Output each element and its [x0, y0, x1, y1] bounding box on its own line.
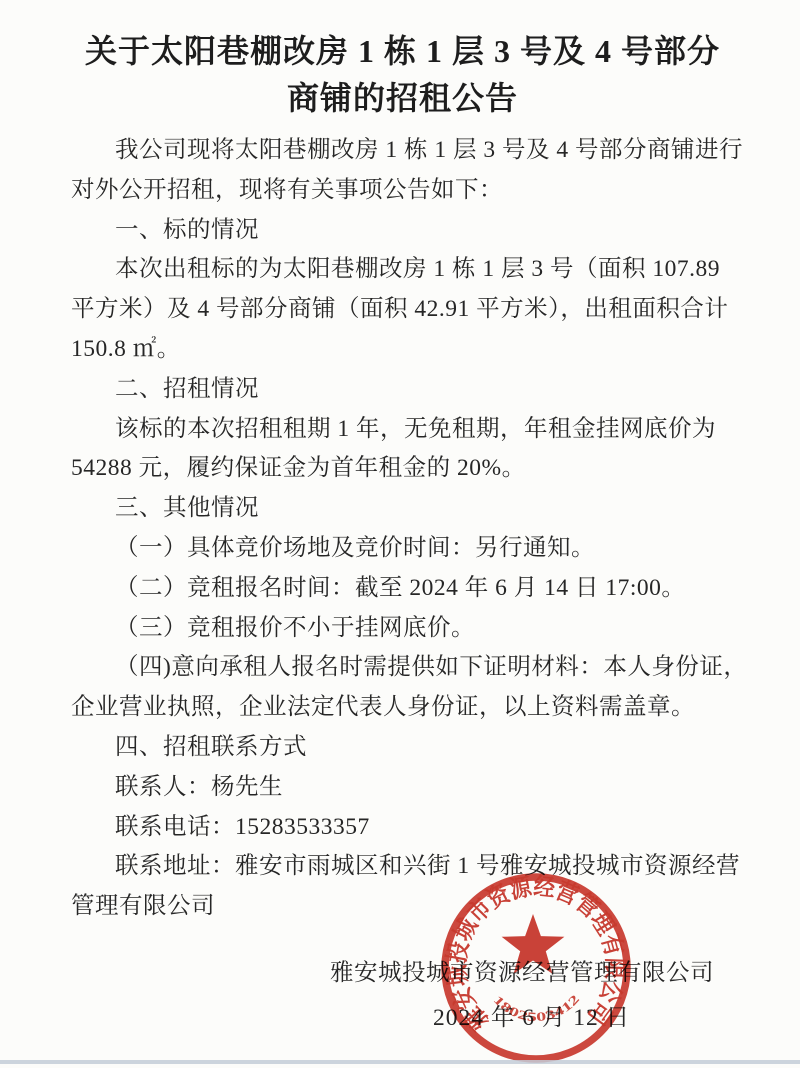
list-item: （四)意向承租人报名时需提供如下证明材料：本人身份证，	[71, 648, 734, 688]
text-line: 150.8 ㎡。	[71, 330, 734, 370]
section-heading: 二、招租情况	[71, 370, 734, 410]
signature-company-name: 雅安城投城市资源经营管理有限公司	[330, 953, 714, 987]
text-line: 对外公开招租，现将有关事项公告如下：	[71, 171, 734, 211]
text-line: 该标的本次招租租期 1 年，无免租期，年租金挂网底价为	[71, 410, 734, 450]
document-content: 关于太阳巷棚改房 1 栋 1 层 3 号及 4 号部分 商铺的招租公告 我公司现…	[71, 28, 734, 927]
section-heading: 三、其他情况	[71, 489, 734, 529]
list-item: （二）竞租报名时间：截至 2024 年 6 月 14 日 17:00。	[71, 569, 734, 609]
contact-phone-line: 联系电话：15283533357	[71, 808, 734, 848]
signature-date: 2024 年 6 月 12 日	[433, 998, 630, 1032]
text-line: 我公司现将太阳巷棚改房 1 栋 1 层 3 号及 4 号部分商铺进行	[71, 131, 734, 171]
scan-bottom-edge	[0, 1060, 800, 1064]
document-title-line-2: 商铺的招租公告	[71, 75, 734, 122]
text-line: 54288 元，履约保证金为首年租金的 20%。	[71, 449, 734, 489]
contact-person-line: 联系人：杨先生	[71, 768, 734, 808]
list-item: （三）竞租报价不小于挂网底价。	[71, 609, 734, 649]
section-heading: 四、招租联系方式	[71, 728, 734, 768]
section-heading: 一、标的情况	[71, 211, 734, 251]
document-title-line-1: 关于太阳巷棚改房 1 栋 1 层 3 号及 4 号部分	[71, 28, 734, 75]
text-line: 平方米）及 4 号部分商铺（面积 42.91 平方米），出租面积合计	[71, 290, 734, 330]
contact-address-line: 管理有限公司	[71, 887, 734, 927]
list-item: （一）具体竞价场地及竞价时间：另行通知。	[71, 529, 734, 569]
contact-address-line: 联系地址：雅安市雨城区和兴街 1 号雅安城投城市资源经营	[71, 847, 734, 887]
announcement-document: 关于太阳巷棚改房 1 栋 1 层 3 号及 4 号部分 商铺的招租公告 我公司现…	[0, 0, 800, 1068]
document-body: 我公司现将太阳巷棚改房 1 栋 1 层 3 号及 4 号部分商铺进行 对外公开招…	[71, 131, 734, 927]
text-line: 本次出租标的为太阳巷棚改房 1 栋 1 层 3 号（面积 107.89	[71, 250, 734, 290]
text-line: 企业营业执照，企业法定代表人身份证，以上资料需盖章。	[71, 688, 734, 728]
